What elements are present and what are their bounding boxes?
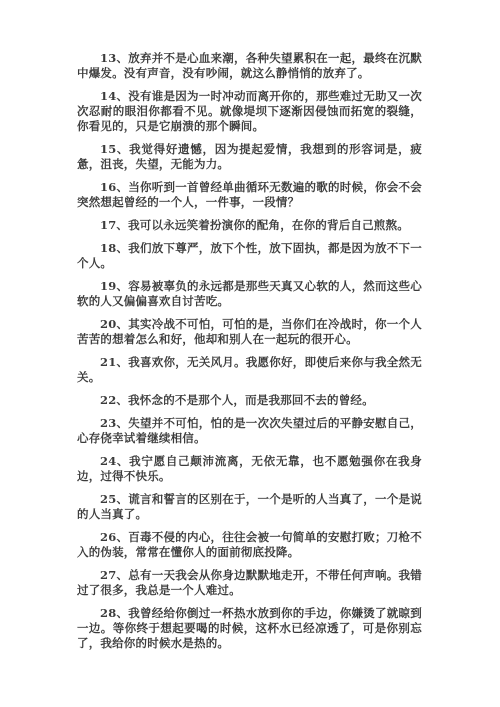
quote-item-22: 22、我怀念的不是那个人，而是我那回不去的曾经。	[77, 393, 422, 408]
quote-item-16: 16、当你听到一首曾经单曲循环无数遍的歌的时候，你会不会突然想起曾经的一个人，一…	[77, 180, 422, 210]
quote-item-23: 23、失望并不可怕，怕的是一次次失望过后的平静安慰自己，心存侥幸试着继续相信。	[77, 416, 422, 446]
quote-item-19: 19、容易被辜负的永远都是那些天真又心软的人，然而这些心软的人又偏偏喜欢自讨苦吃…	[77, 279, 422, 309]
quote-item-14: 14、没有谁是因为一时冲动而离开你的，那些难过无助又一次次忍耐的眼泪你都看不见。…	[77, 89, 422, 134]
quote-item-13: 13、放弃并不是心血来潮，各种失望累积在一起，最终在沉默中爆发。没有声音，没有吵…	[77, 51, 422, 81]
quote-item-25: 25、谎言和誓言的区别在于，一个是听的人当真了，一个是说的人当真了。	[77, 492, 422, 522]
quote-item-15: 15、我觉得好遗憾，因为提起爱情，我想到的形容词是，疲惫，沮丧，失望，无能为力。	[77, 142, 422, 172]
quote-item-28: 28、我曾经给你倒过一杯热水放到你的手边，你嫌烫了就晾到一边。等你终于想起要喝的…	[77, 606, 422, 651]
quote-item-27: 27、总有一天我会从你身边默默地走开，不带任何声响。我错过了很多，我总是一个人难…	[77, 568, 422, 598]
quote-item-17: 17、我可以永远笑着扮演你的配角，在你的背后自己煎熬。	[77, 218, 422, 233]
document-page: 13、放弃并不是心血来潮，各种失望累积在一起，最终在沉默中爆发。没有声音，没有吵…	[0, 0, 500, 707]
quote-item-26: 26、百毒不侵的内心，往往会被一句简单的安慰打败；刀枪不入的伪装，常常在懂你人的…	[77, 530, 422, 560]
quote-item-18: 18、我们放下尊严，放下个性，放下固执，都是因为放不下一个人。	[77, 241, 422, 271]
quote-item-20: 20、其实冷战不可怕，可怕的是，当你们在冷战时，你一个人苦苦的想着怎么和好，他却…	[77, 317, 422, 347]
quote-item-24: 24、我宁愿自己颠沛流离，无依无靠，也不愿勉强你在我身边，过得不快乐。	[77, 454, 422, 484]
quote-item-21: 21、我喜欢你，无关风月。我愿你好，即使后来你与我全然无关。	[77, 355, 422, 385]
